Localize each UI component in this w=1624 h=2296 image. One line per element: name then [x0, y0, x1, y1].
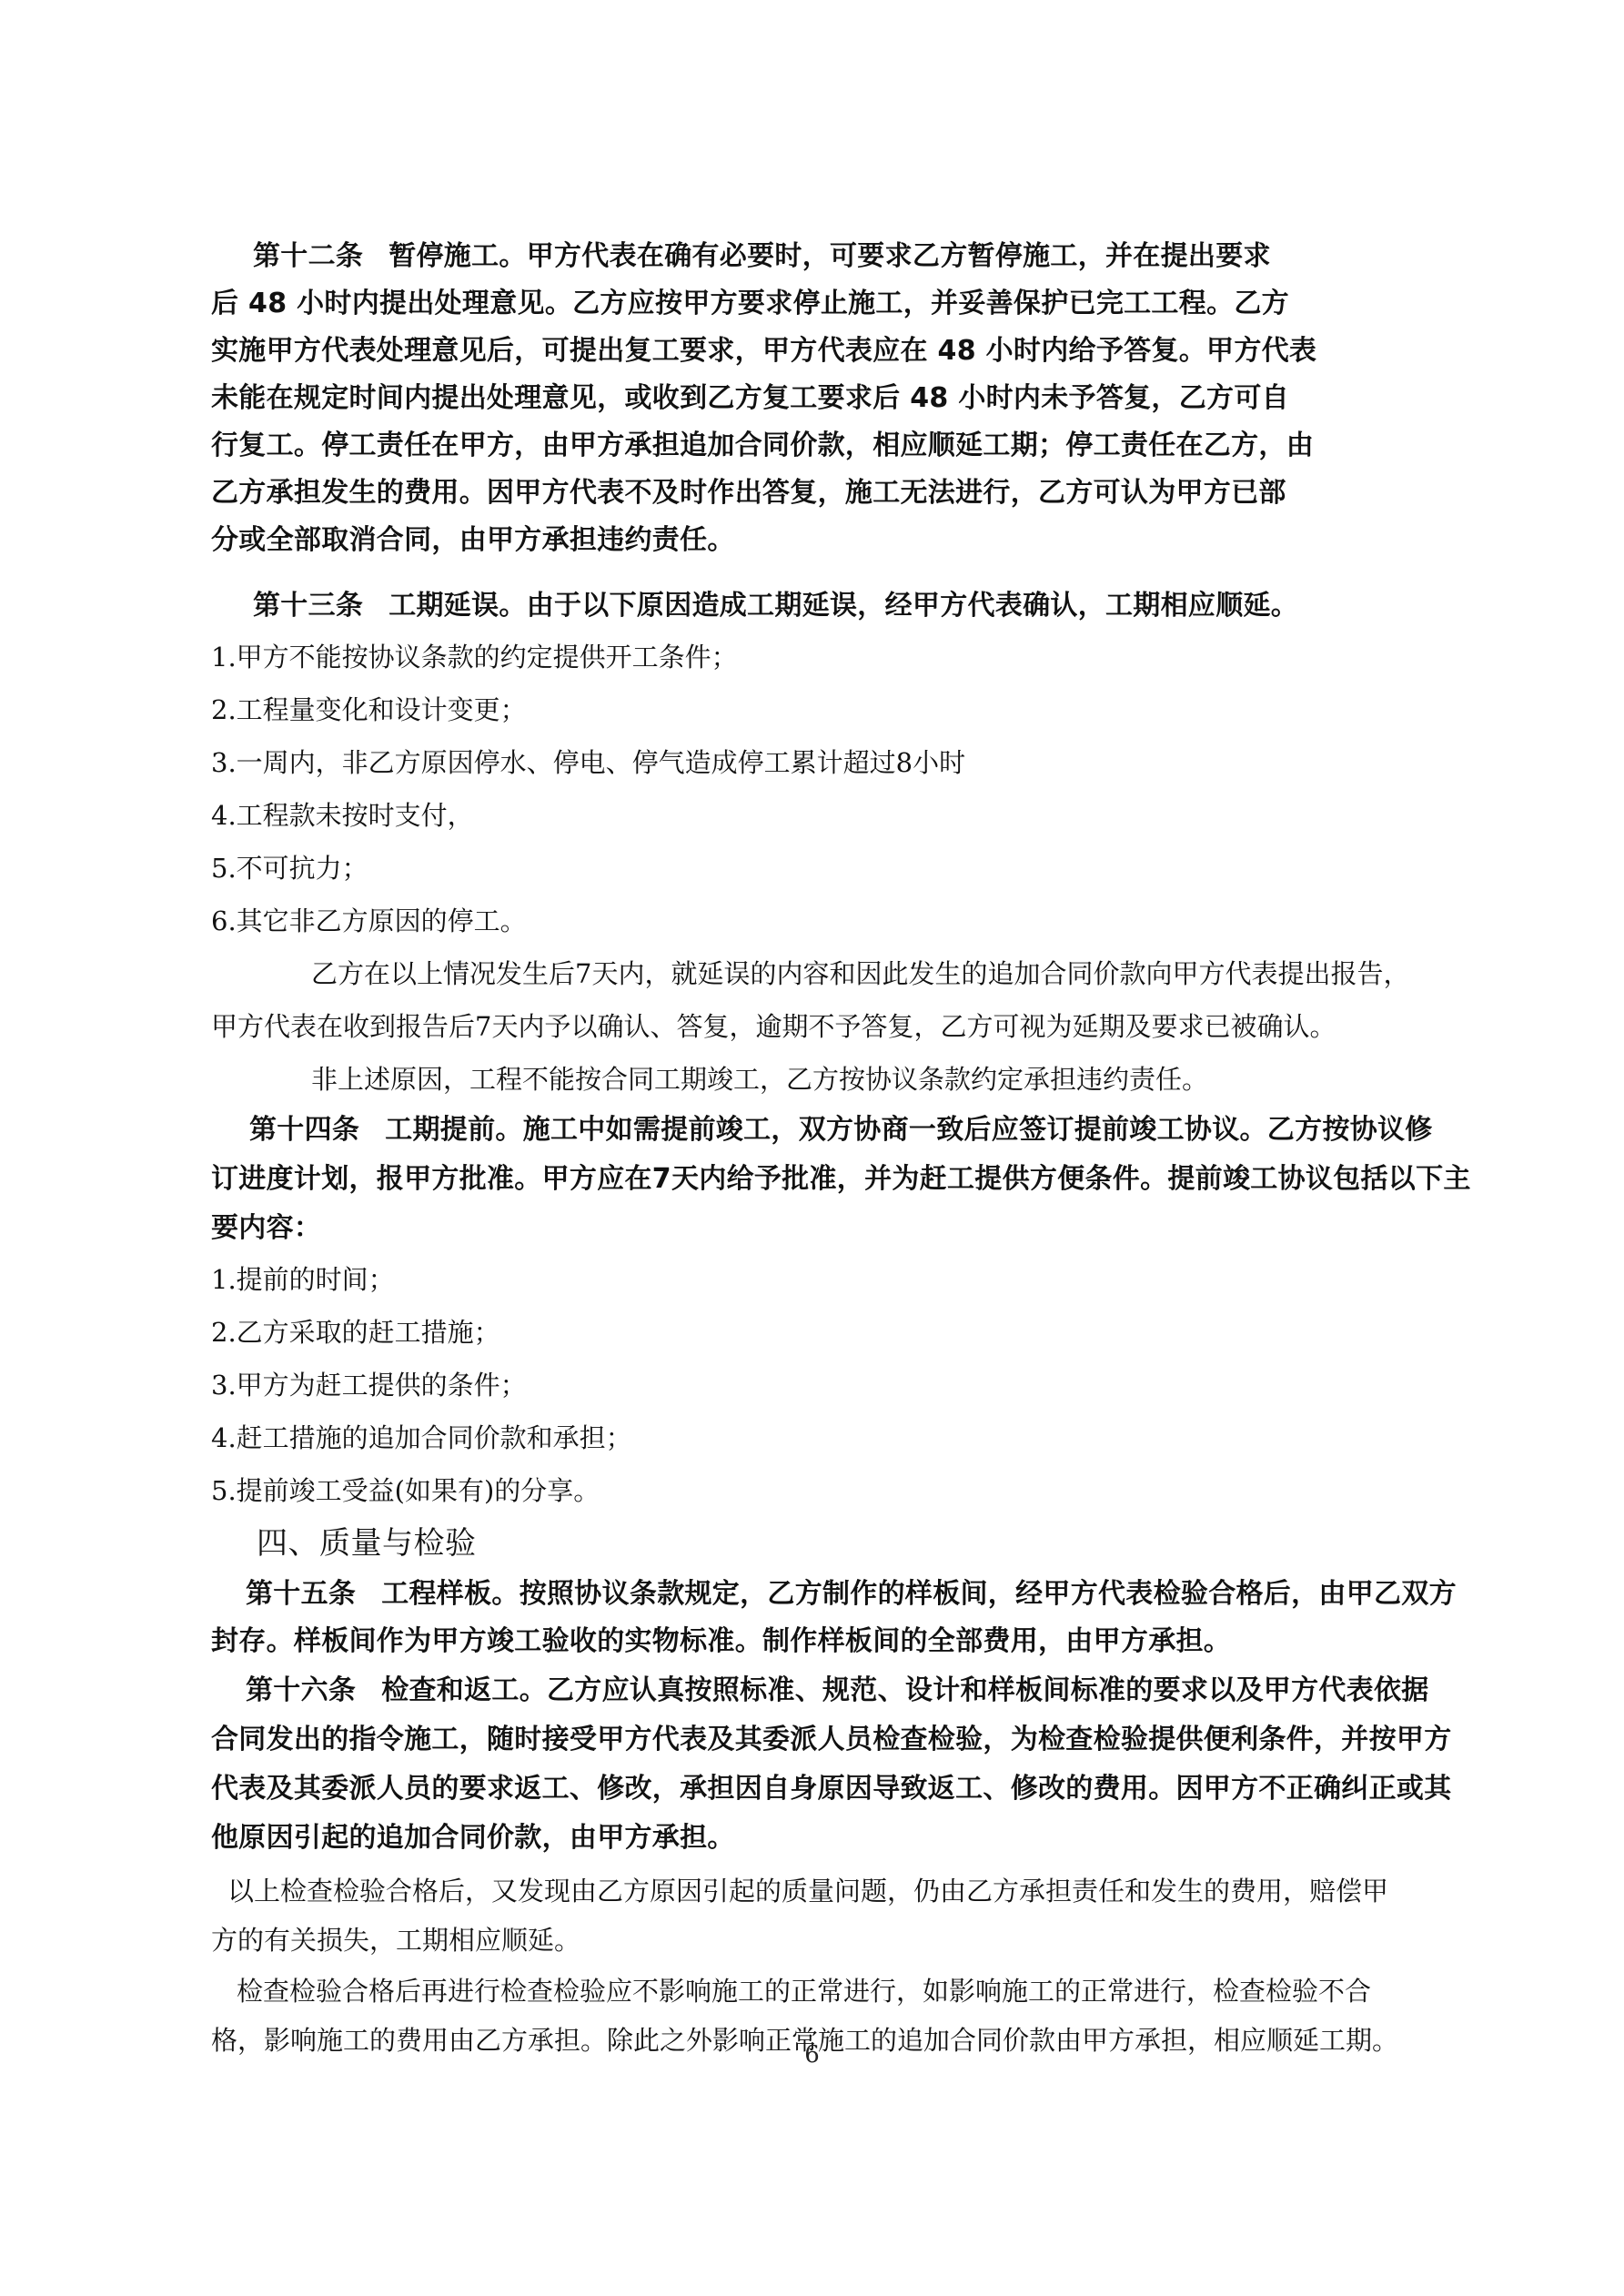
article-16-line-2: 合同发出的指令施工，随时接受甲方代表及其委派人员检查检验，为检查检验提供便利条件…	[211, 1722, 1452, 1758]
article-12-line-4: 未能在规定时间内提出处理意见，或收到乙方复工要求后 48 小时内未予答复，乙方可…	[211, 380, 1289, 417]
article-13-item-5: 5.不可抗力；	[211, 850, 368, 886]
article-13-title: 第十三条工期延误。由于以下原因造成工期延误，经甲方代表确认，工期相应顺延。	[253, 588, 1298, 624]
article-13-paragraph-1-line-1: 乙方在以上情况发生后7天内，就延误的内容和因此发生的追加合同价款向甲方代表提出报…	[311, 956, 1409, 992]
article-text: 工程样板。按照协议条款规定，乙方制作的样板间，经甲方代表检验合格后，由甲乙双方	[381, 1578, 1457, 1610]
article-14-item-4: 4.赶工措施的追加合同价款和承担；	[211, 1420, 632, 1456]
article-text: 工期提前。施工中如需提前竣工，双方协商一致后应签订提前竣工协议。乙方按协议修	[385, 1114, 1432, 1146]
article-13-item-1: 1.甲方不能按协议条款的约定提供开工条件；	[211, 639, 738, 675]
article-14-item-3: 3.甲方为赶工提供的条件；	[211, 1367, 527, 1403]
article-12-line-5: 行复工。停工责任在甲方，由甲方承担追加合同价款，相应顺延工期；停工责任在乙方，由	[211, 428, 1314, 464]
article-text: 检查和返工。乙方应认真按照标准、规范、设计和样板间标准的要求以及甲方代表依据	[381, 1674, 1428, 1706]
page-number: 6	[0, 2041, 1624, 2068]
article-number: 第十六条	[246, 1673, 356, 1709]
article-text: 暂停施工。甲方代表在确有必要时，可要求乙方暂停施工，并在提出要求	[388, 240, 1271, 272]
article-number: 第十四条	[249, 1112, 359, 1148]
article-13-item-2: 2.工程量变化和设计变更；	[211, 692, 527, 728]
article-16-paragraph-1-line-1: 以上检查检验合格后，又发现由乙方原因引起的质量问题，仍由乙方承担责任和发生的费用…	[227, 1873, 1388, 1909]
article-16-line-4: 他原因引起的追加合同价款，由甲方承担。	[211, 1820, 735, 1856]
article-text: 工期延误。由于以下原因造成工期延误，经甲方代表确认，工期相应顺延。	[388, 590, 1298, 622]
article-14-item-2: 2.乙方采取的赶工措施；	[211, 1314, 500, 1350]
article-13-item-3: 3.一周内，非乙方原因停水、停电、停气造成停工累计超过8小时	[211, 744, 965, 781]
article-15-line-2: 封存。样板间作为甲方竣工验收的实物标准。制作样板间的全部费用，由甲方承担。	[211, 1623, 1231, 1660]
article-number: 第十五条	[246, 1576, 356, 1613]
article-16-line-1: 第十六条检查和返工。乙方应认真按照标准、规范、设计和样板间标准的要求以及甲方代表…	[246, 1673, 1429, 1709]
article-13-paragraph-1-line-2: 甲方代表在收到报告后7天内予以确认、答复，逾期不予答复，乙方可视为延期及要求已被…	[211, 1008, 1336, 1045]
article-12-line-1: 第十二条暂停施工。甲方代表在确有必要时，可要求乙方暂停施工，并在提出要求	[253, 238, 1271, 275]
article-14-line-2: 订进度计划，报甲方批准。甲方应在7天内给予批准，并为赶工提供方便条件。提前竣工协…	[211, 1161, 1471, 1198]
article-16-paragraph-1-line-2: 方的有关损失，工期相应顺延。	[211, 1922, 580, 1958]
article-12-line-7: 分或全部取消合同，由甲方承担违约责任。	[211, 522, 735, 559]
article-16-line-3: 代表及其委派人员的要求返工、修改，承担因自身原因导致返工、修改的费用。因甲方不正…	[211, 1771, 1452, 1807]
article-14-line-3: 要内容：	[211, 1210, 321, 1247]
article-12-line-6: 乙方承担发生的费用。因甲方代表不及时作出答复，施工无法进行，乙方可认为甲方已部	[211, 475, 1286, 511]
article-16-paragraph-2-line-1: 检查检验合格后再进行检查检验应不影响施工的正常进行，如影响施工的正常进行，检查检…	[237, 1973, 1371, 2009]
article-12-line-2: 后 48 小时内提出处理意见。乙方应按甲方要求停止施工，并妥善保护已完工工程。乙…	[211, 286, 1289, 322]
article-14-line-1: 第十四条工期提前。施工中如需提前竣工，双方协商一致后应签订提前竣工协议。乙方按协…	[249, 1112, 1433, 1148]
section-heading: 四、质量与检验	[257, 1525, 477, 1562]
article-13-item-6: 6.其它非乙方原因的停工。	[211, 903, 527, 939]
article-14-item-1: 1.提前的时间；	[211, 1261, 395, 1298]
article-number: 第十二条	[253, 238, 363, 275]
article-13-paragraph-2: 非上述原因，工程不能按合同工期竣工，乙方按协议条款约定承担违约责任。	[311, 1061, 1208, 1097]
article-14-item-5: 5.提前竣工受益(如果有)的分享。	[211, 1472, 600, 1509]
article-12-line-3: 实施甲方代表处理意见后，可提出复工要求，甲方代表应在 48 小时内给予答复。甲方…	[211, 333, 1316, 369]
article-15-line-1: 第十五条工程样板。按照协议条款规定，乙方制作的样板间，经甲方代表检验合格后，由甲…	[246, 1576, 1457, 1613]
article-number: 第十三条	[253, 588, 363, 624]
article-13-item-4: 4.工程款未按时支付，	[211, 797, 474, 834]
